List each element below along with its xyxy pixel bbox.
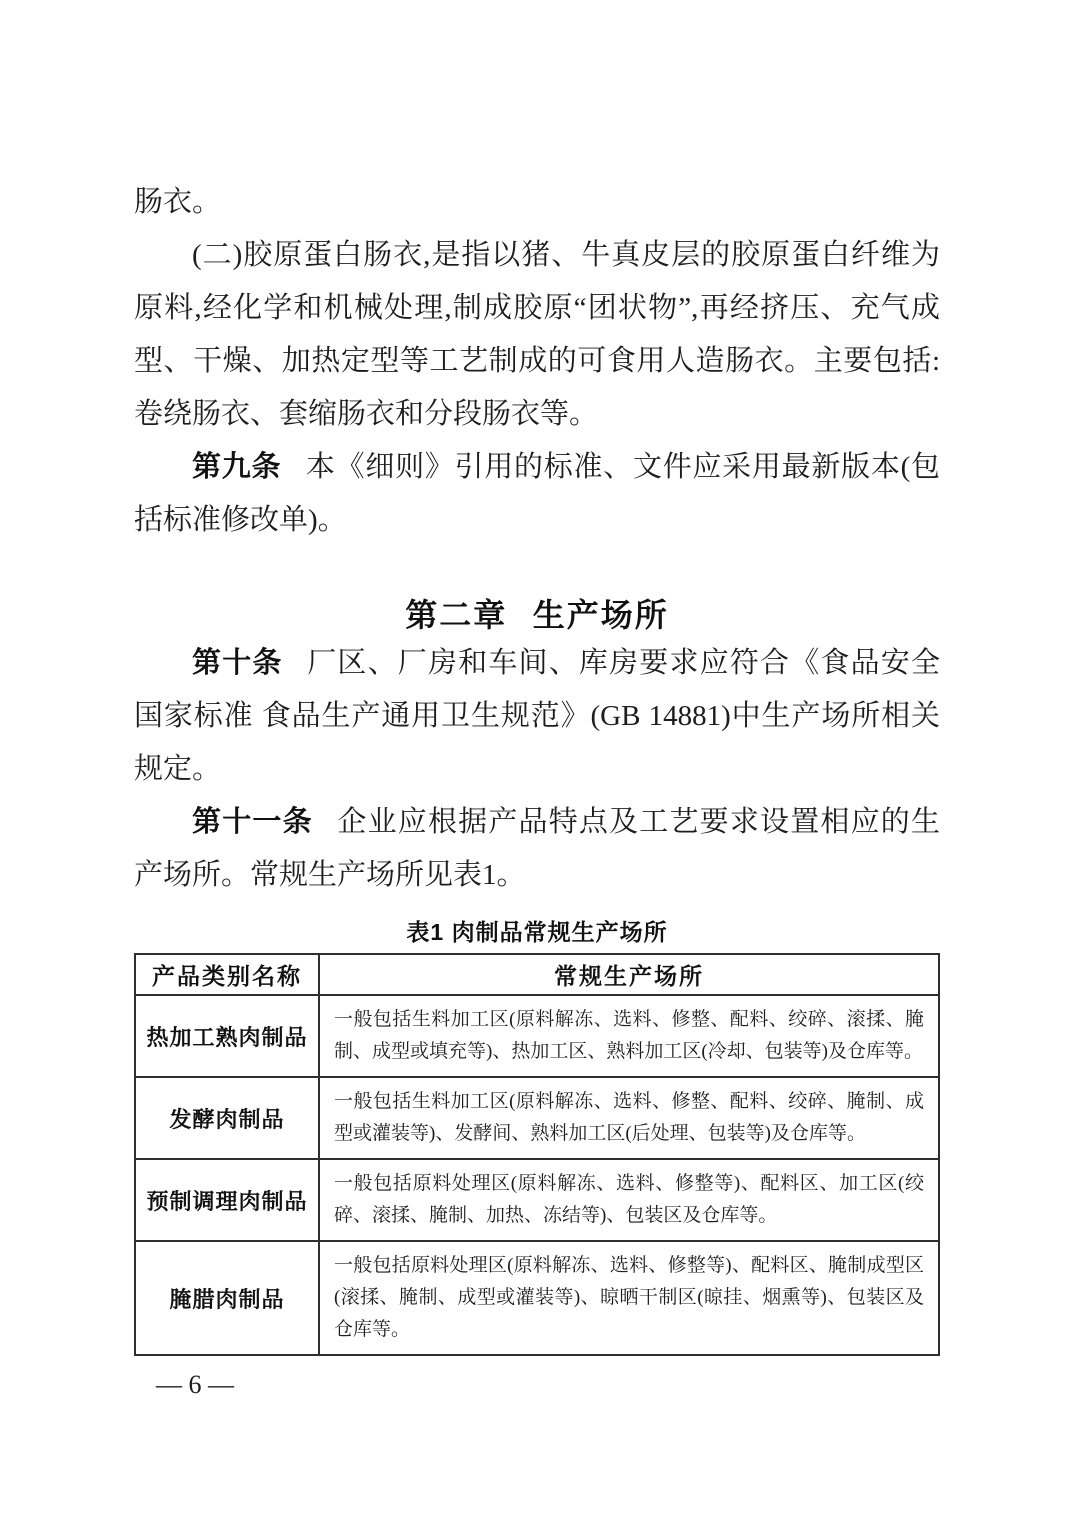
- paragraph-article-9: 第九条本《细则》引用的标准、文件应采用最新版本(包括标准修改单)。: [134, 441, 940, 547]
- document-page: 肠衣。 (二)胶原蛋白肠衣,是指以猪、牛真皮层的胶原蛋白纤维为原料,经化学和机械…: [0, 0, 1074, 1520]
- article-11-label: 第十一条: [192, 806, 313, 838]
- description-cell: 一般包括生料加工区(原料解冻、选料、修整、配料、绞碎、腌制、成型或灌装等)、发酵…: [319, 1077, 939, 1159]
- chapter-heading: 第二章生产场所: [134, 593, 940, 637]
- table-row-prepared: 预制调理肉制品 一般包括原料处理区(原料解冻、选料、修整等)、配料区、加工区(绞…: [135, 1159, 939, 1241]
- paragraph-article-11: 第十一条企业应根据产品特点及工艺要求设置相应的生产场所。常规生产场所见表1。: [134, 796, 940, 902]
- table-header-row: 产品类别名称 常规生产场所: [135, 954, 939, 995]
- table-row-hot-processed: 热加工熟肉制品 一般包括生料加工区(原料解冻、选料、修整、配料、绞碎、滚揉、腌制…: [135, 995, 939, 1077]
- paragraph-article-10: 第十条厂区、厂房和车间、库房要求应符合《食品安全国家标准 食品生产通用卫生规范》…: [134, 637, 940, 796]
- category-cell: 热加工熟肉制品: [135, 995, 319, 1077]
- article-9-label: 第九条: [192, 451, 281, 483]
- paragraph-collagen-casing: (二)胶原蛋白肠衣,是指以猪、牛真皮层的胶原蛋白纤维为原料,经化学和机械处理,制…: [134, 229, 940, 441]
- chapter-number: 第二章: [405, 597, 507, 633]
- description-cell: 一般包括原料处理区(原料解冻、选料、修整等)、配料区、加工区(绞碎、滚揉、腌制、…: [319, 1159, 939, 1241]
- table-row-fermented: 发酵肉制品 一般包括生料加工区(原料解冻、选料、修整、配料、绞碎、腌制、成型或灌…: [135, 1077, 939, 1159]
- page-content: 肠衣。 (二)胶原蛋白肠衣,是指以猪、牛真皮层的胶原蛋白纤维为原料,经化学和机械…: [134, 176, 940, 1400]
- chapter-title: 生产场所: [533, 597, 669, 633]
- paragraph-continuation: 肠衣。: [134, 176, 940, 229]
- description-cell: 一般包括原料处理区(原料解冻、选料、修整等)、配料区、腌制成型区(滚揉、腌制、成…: [319, 1241, 939, 1355]
- table-caption: 表1 肉制品常规生产场所: [134, 914, 940, 947]
- table-header-category: 产品类别名称: [135, 954, 319, 995]
- category-cell: 腌腊肉制品: [135, 1241, 319, 1355]
- production-sites-table: 产品类别名称 常规生产场所 热加工熟肉制品 一般包括生料加工区(原料解冻、选料、…: [134, 953, 940, 1356]
- description-cell: 一般包括生料加工区(原料解冻、选料、修整、配料、绞碎、滚揉、腌制、成型或填充等)…: [319, 995, 939, 1077]
- category-cell: 预制调理肉制品: [135, 1159, 319, 1241]
- article-10-label: 第十条: [192, 647, 283, 679]
- page-number: — 6 —: [156, 1370, 940, 1400]
- table-header-sites: 常规生产场所: [319, 954, 939, 995]
- table-row-cured: 腌腊肉制品 一般包括原料处理区(原料解冻、选料、修整等)、配料区、腌制成型区(滚…: [135, 1241, 939, 1355]
- category-cell: 发酵肉制品: [135, 1077, 319, 1159]
